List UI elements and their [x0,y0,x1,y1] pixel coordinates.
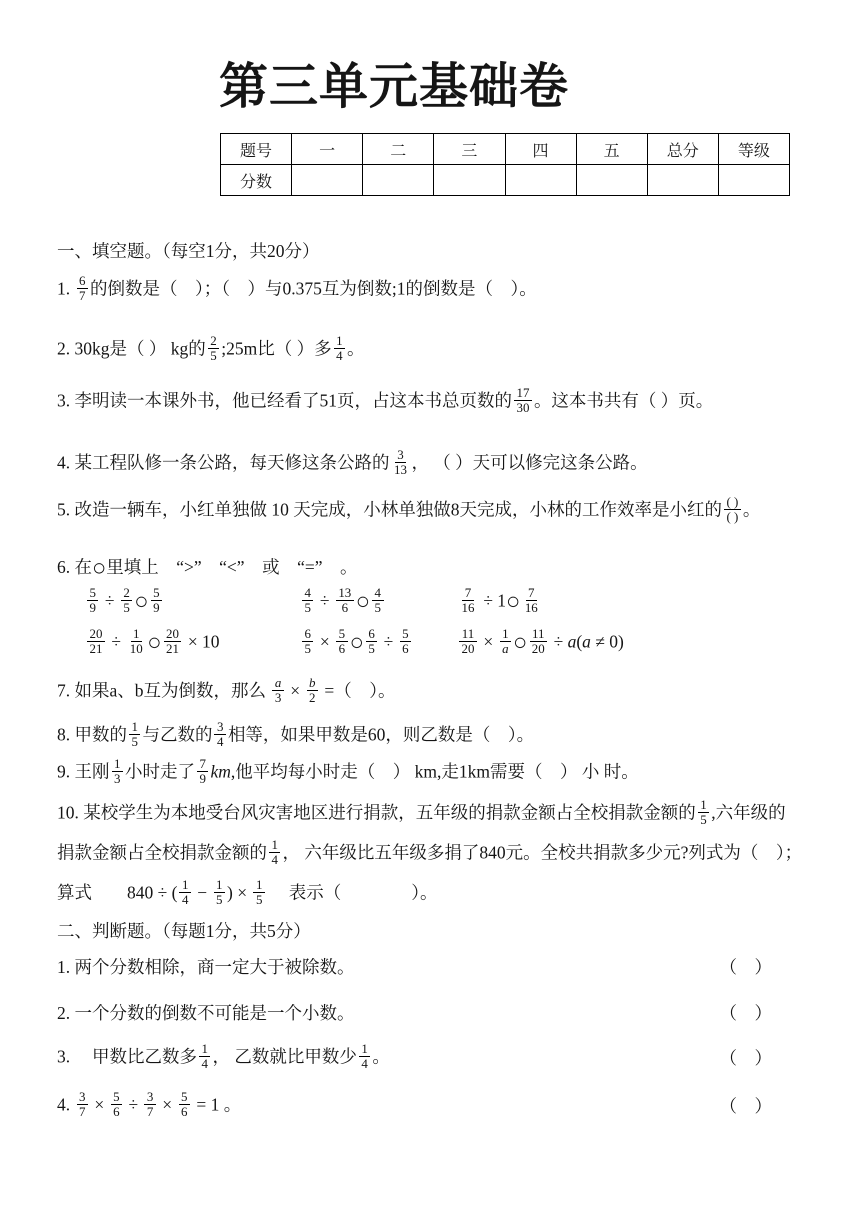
question-6: 6. 在○里填上 “>” “<” 或 “=” 。 [57,556,817,579]
judgement-4: 4. 37 × 56 ÷ 37 × 56 = 1 。 （ ） [57,1092,772,1121]
compare-circle: ○ [134,589,148,615]
score-cell-empty [505,165,576,196]
score-table: 题号 一 二 三 四 五 总分 等级 分数 [220,133,790,196]
judgement-1: 1. 两个分数相除，商一定大于被除数。 （ ） [57,956,772,979]
compare-circle: ○ [350,630,364,656]
compare-circle: ○ [92,555,106,581]
section2-heading: 二、判断题。（每题1分，共5分） [57,920,817,943]
score-table-header-cell: 二 [363,134,434,165]
answer-parens: （ ） [720,1047,773,1070]
score-cell-empty [576,165,647,196]
question-1: 1. 67的倒数是（ ）；（ ）与0.375互为倒数;1的倒数是（ ）。 [57,276,817,305]
section1-heading: 一、填空题。（每空1分，共20分） [57,240,817,263]
comparison-grid: 59 ÷ 25○59 45 ÷ 136○45 716 ÷ 1○716 2021 … [85,588,624,658]
judgement-text: 1. 两个分数相除，商一定大于被除数。 [57,956,355,979]
judgement-text: 3. 甲数比乙数多14， 乙数就比甲数少14。 [57,1044,390,1073]
score-cell-empty [647,165,718,196]
question-10-line-1: 10. 某校学生为本地受台风灾害地区进行捐款，五年级的捐款金额占全校捐款金额的1… [57,800,817,829]
question-9: 9. 王刚13小时走了79km,他平均每小时走（ ） km,走1km需要（ ） … [57,759,817,788]
compare-circle: ○ [356,589,370,615]
question-10-line-2: 捐款金额占全校捐款金额的14， 六年级比五年级多捐了840元。全校共捐款多少元?… [57,840,817,869]
score-table-header-cell: 四 [505,134,576,165]
score-table-header-cell: 五 [576,134,647,165]
score-table-header-cell: 总分 [647,134,718,165]
exam-page: 第三单元基础卷 题号 一 二 三 四 五 总分 等级 分数 [0,0,860,1217]
compare-circle: ○ [147,630,161,656]
judgement-2: 2. 一个分数的倒数不可能是一个小数。 （ ） [57,1002,772,1025]
score-cell-empty [363,165,434,196]
question-2: 2. 30kg是（ ） kg的25;25m比（ ）多14。 [57,336,817,365]
compare-circle: ○ [506,589,520,615]
compare-circle: ○ [513,630,527,656]
score-table-score-row: 分数 [221,165,790,196]
score-table-header-cell: 题号 [221,134,292,165]
answer-parens: （ ） [720,1095,773,1118]
answer-parens: （ ） [720,1002,773,1025]
score-cell-empty [434,165,505,196]
score-table-header-cell: 一 [292,134,363,165]
comparison-item: 1120 × 1a○1120 ÷ a(a ≠ 0) [457,629,624,658]
judgement-text: 4. 37 × 56 ÷ 37 × 56 = 1 。 [57,1092,241,1121]
score-table-header-row: 题号 一 二 三 四 五 总分 等级 [221,134,790,165]
comparison-item: 65 × 56○65 ÷ 56 [300,629,457,658]
judgement-text: 2. 一个分数的倒数不可能是一个小数。 [57,1002,355,1025]
question-4: 4. 某工程队修一条公路，每天修这条公路的313， （ ）天可以修完这条公路。 [57,450,817,479]
score-table-header-cell: 三 [434,134,505,165]
question-5: 5. 改造一辆车，小红单独做 10 天完成，小林单独做8天完成，小林的工作效率是… [57,497,817,526]
question-10-line-3: 算式 840 ÷ (14 − 15) × 15 表示（ ）。 [57,880,817,909]
question-3: 3. 李明读一本课外书，他已经看了51页，占这本书总页数的1730。这本书共有（… [57,388,817,417]
comparison-item: 2021 ÷ 110○2021 × 10 [85,629,300,658]
answer-parens: （ ） [720,956,773,979]
score-cell-empty [718,165,789,196]
question-7: 7. 如果a、b互为倒数，那么 a3 × b2 =（ ）。 [57,678,817,707]
comparison-item: 59 ÷ 25○59 [85,588,300,617]
question-8: 8. 甲数的15与乙数的34相等，如果甲数是60，则乙数是（ ）。 [57,722,817,751]
score-cell-empty [292,165,363,196]
comparison-item: 716 ÷ 1○716 [457,588,624,617]
score-row-label: 分数 [221,165,292,196]
page-title: 第三单元基础卷 [219,48,569,118]
score-table-header-cell: 等级 [718,134,789,165]
comparison-item: 45 ÷ 136○45 [300,588,457,617]
judgement-3: 3. 甲数比乙数多14， 乙数就比甲数少14。 （ ） [57,1044,772,1073]
